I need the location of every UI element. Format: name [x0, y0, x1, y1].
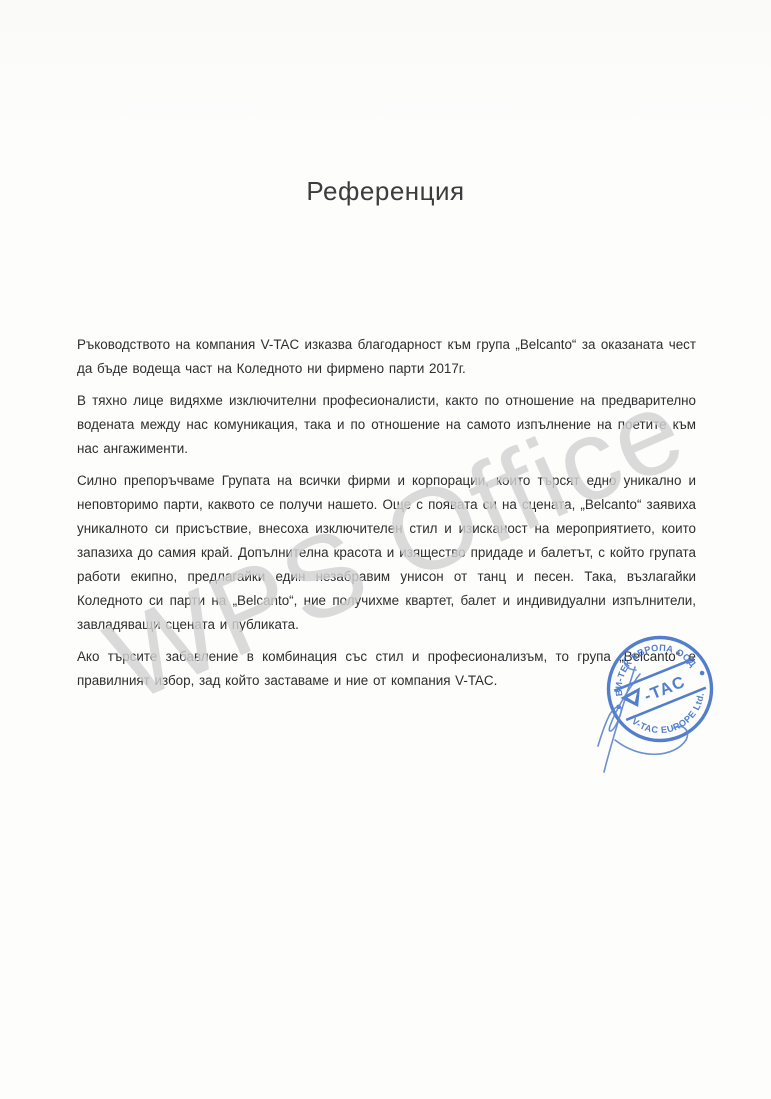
- stamp-and-signature: ВИ-ТЕК ЕВРОПА ООД V-TAC EUROPE Ltd. -TAC: [560, 612, 730, 784]
- stamp-right-dot: [699, 670, 705, 676]
- company-stamp-icon: ВИ-ТЕК ЕВРОПА ООД V-TAC EUROPE Ltd. -TAC: [593, 622, 727, 756]
- document-page: Референция Ръководството на компания V-T…: [0, 0, 771, 1099]
- document-title: Референция: [0, 176, 771, 207]
- paragraph-acknowledgement: Ръководството на компания V-TAC изказва …: [77, 333, 696, 381]
- paragraph-professionalism: В тяхно лице видяхме изключителни профес…: [77, 389, 696, 461]
